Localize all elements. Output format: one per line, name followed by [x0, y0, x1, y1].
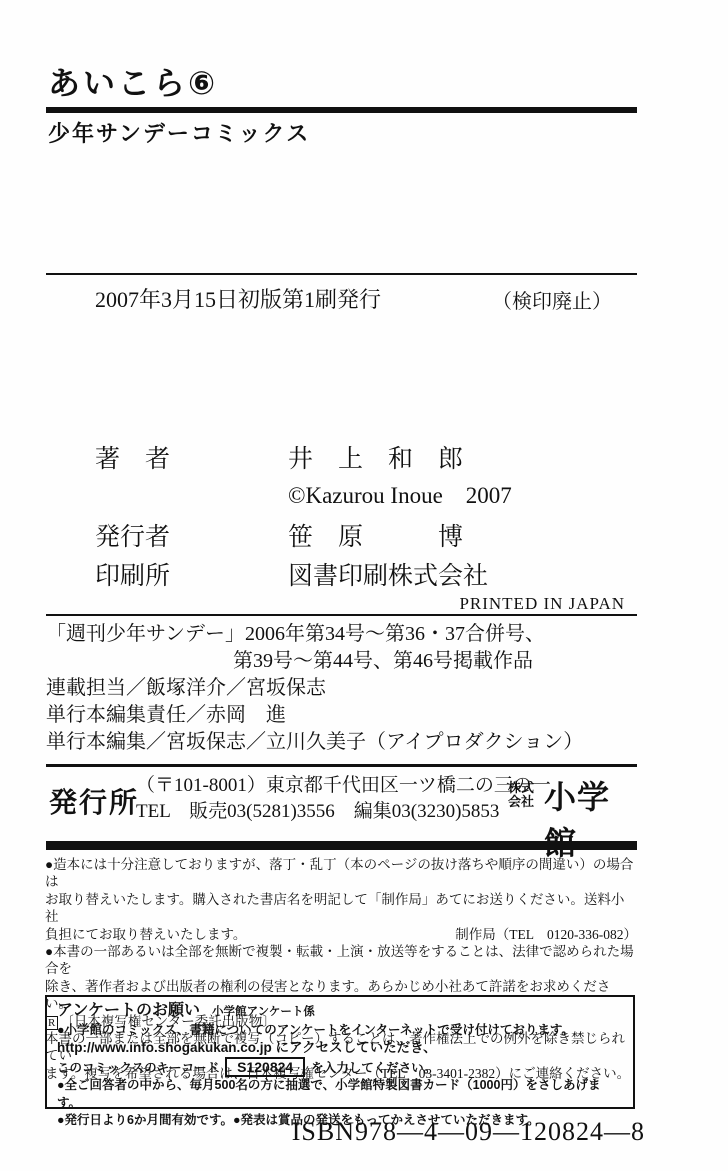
company-type-top: 株式 — [508, 781, 534, 795]
edition-row: 2007年3月15日初版第1刷発行 （検印廃止） — [0, 283, 728, 311]
book-title: あいこら⑥ — [48, 58, 218, 104]
survey-url-suffix: にアクセスしていただき、 — [276, 1040, 437, 1055]
publisher-person-row: 発行者 笹 原 博 — [0, 517, 728, 547]
series-name: 少年サンデーコミックス — [48, 117, 310, 148]
edition-date: 2007年3月15日初版第1刷発行 — [95, 283, 381, 314]
survey-keycode-row: このコミックスのキーコードS120824を入力してください。 — [57, 1057, 623, 1078]
production-bureau-contact: 制作局（TEL 0120-336-082） — [455, 926, 637, 943]
edition-rule — [46, 273, 637, 275]
publisher-divider-bar — [46, 841, 637, 850]
author-label: 著 者 — [95, 439, 170, 475]
publishing-house-block: 発行所 （〒101-8001）東京都千代田区一ツ橋二の三の一 TEL 販売03(… — [46, 768, 638, 838]
serialization-line: 「週刊少年サンデー」2006年第34号〜第36・37合併号、 — [46, 621, 638, 648]
publisher-telephone: TEL 販売03(5281)3556 編集03(3230)5853 — [136, 796, 499, 823]
survey-request-box: アンケートのお願い 小学館アンケート係 ●小学館のコミックス、書籍についてのアン… — [45, 995, 635, 1109]
copyright-row: ©Kazurou Inoue 2007 — [0, 477, 728, 507]
isbn-number: ISBN978—4—09—120824—8 — [0, 1117, 645, 1147]
author-name: 井 上 和 郎 — [288, 439, 463, 475]
colophon-page: あいこら⑥ 少年サンデーコミックス 2007年3月15日初版第1刷発行 （検印廃… — [0, 0, 728, 1171]
defect-notice-contact-row: 負担にてお取り替えいたします。 制作局（TEL 0120-336-082） — [45, 926, 637, 943]
serialization-rule — [46, 764, 637, 767]
copyright-notice-line: ●本書の一部あるいは全部を無断で複製・転載・上演・放送等をすることは、法律で認め… — [45, 943, 637, 978]
serialization-block: 「週刊少年サンデー」2006年第34号〜第36・37合併号、 第39号〜第44号… — [46, 621, 638, 756]
inspection-stamp-note: （検印廃止） — [492, 285, 612, 314]
defect-notice-line: お取り替えいたします。購入された書店名を明記して「制作局」あてにお送りください。… — [45, 891, 637, 926]
survey-url-row: http://www.info.shogakukan.co.jp にアクセスして… — [57, 1039, 623, 1057]
survey-title: アンケートのお願い — [57, 1002, 200, 1020]
survey-intro-line: ●小学館のコミックス、書籍についてのアンケートをインターネットで受け付けておりま… — [57, 1022, 623, 1040]
company-type-bottom: 会社 — [508, 795, 534, 809]
survey-subtitle: 小学館アンケート係 — [212, 1004, 315, 1022]
printed-in-japan: PRINTED IN JAPAN — [0, 594, 625, 614]
survey-keycode-prefix: このコミックスのキーコード — [57, 1061, 219, 1075]
title-rule — [46, 107, 637, 113]
survey-title-row: アンケートのお願い 小学館アンケート係 — [57, 1002, 623, 1022]
publisher-company-name: 小学館 — [544, 772, 638, 864]
publisher-label: 発行者 — [95, 517, 170, 553]
survey-prize-line: ●全ご回答者の中から、毎月500名の方に抽選で、小学館特製図書カード（1000円… — [57, 1077, 623, 1112]
survey-keycode-suffix: を入力してください。 — [311, 1061, 436, 1075]
serialization-staff-line: 単行本編集責任／赤岡 進 — [46, 702, 638, 729]
printer-row: 印刷所 図書印刷株式会社 — [0, 556, 728, 586]
serialization-staff-line: 連載担当／飯塚洋介／宮坂保志 — [46, 675, 638, 702]
printer-label: 印刷所 — [95, 556, 170, 592]
author-row: 著 者 井 上 和 郎 — [0, 439, 728, 469]
printer-name: 図書印刷株式会社 — [288, 556, 488, 592]
survey-keycode: S120824 — [225, 1057, 305, 1077]
serialization-staff-line: 単行本編集／宮坂保志／立川久美子（アイプロダクション） — [46, 729, 638, 756]
copyright-notice: ©Kazurou Inoue 2007 — [288, 477, 512, 510]
survey-url: http://www.info.shogakukan.co.jp — [57, 1040, 272, 1055]
defect-notice-line: ●造本には十分注意しておりますが、落丁・乱丁（本のページの抜け落ちや順序の間違い… — [45, 856, 637, 891]
defect-notice-line: 負担にてお取り替えいたします。 — [45, 926, 246, 943]
publisher-name: 笹 原 博 — [288, 517, 463, 553]
company-type-prefix: 株式 会社 — [508, 781, 534, 809]
serialization-line: 第39号〜第44号、第46号掲載作品 — [46, 648, 638, 675]
publishing-house-label: 発行所 — [49, 781, 139, 821]
publisher-address: （〒101-8001）東京都千代田区一ツ橋二の三の一 — [136, 770, 551, 797]
credits-rule — [46, 614, 637, 616]
